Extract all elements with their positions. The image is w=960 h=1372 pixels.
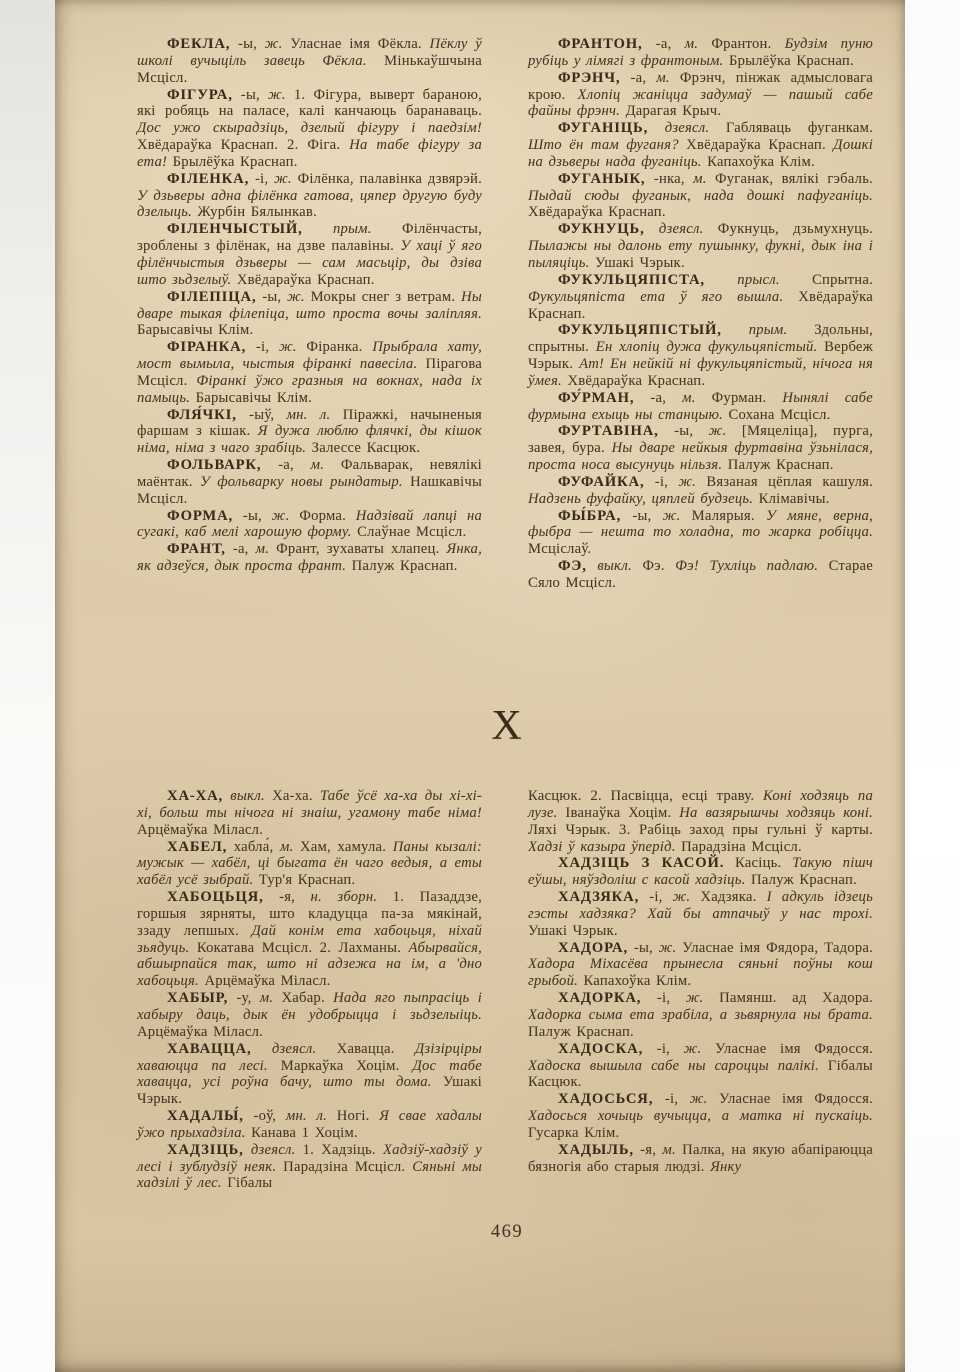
dictionary-entry: ХАБЫР, -у, м. Хабар. Нада яго пыпрасіць …: [137, 990, 482, 1041]
roman-text: Ушакі Чэрык.: [528, 923, 618, 939]
roman-text: Палуж Краснап.: [528, 1024, 634, 1040]
roman-text: Форма.: [290, 508, 356, 524]
italic-text: ж.: [268, 87, 286, 103]
headword: ФУКНУЦЬ,: [558, 221, 645, 237]
roman-text: Арцёмаўка Міласл.: [137, 1024, 263, 1040]
roman-text: Спрытна.: [780, 272, 873, 288]
headword: ХАДЗІЦЬ,: [167, 1142, 244, 1158]
headword: ХАДЫЛЬ,: [558, 1142, 634, 1158]
headword: ХАДОРКА,: [558, 990, 641, 1006]
roman-text: Барысавічы Клім.: [190, 390, 312, 406]
roman-text: -ы,: [659, 423, 709, 439]
dictionary-entry: ХА-ХА, выкл. Ха-ха. Табе ўсё ха-ха ды хі…: [137, 788, 482, 839]
headword: ФРАНТ,: [167, 541, 226, 557]
roman-text: Габляваць фуганкам.: [709, 120, 873, 136]
headword: ХАДОСКА,: [558, 1041, 643, 1057]
dictionary-entry: ФРАНТ, -а, м. Франт, зухаваты хлапец. Ян…: [137, 541, 482, 575]
italic-text: м.: [682, 390, 695, 406]
italic-text: дзеясл.: [272, 1041, 317, 1057]
roman-text: Кокатава Мсцісл. 2. Лахманы.: [189, 940, 408, 956]
headword: ФУФАЙКА,: [558, 474, 645, 490]
italic-text: мн. л.: [287, 407, 331, 423]
italic-text: ж.: [690, 1091, 708, 1107]
dictionary-entry: ФОРМА, -ы, ж. Форма. Надзівай лапці на с…: [137, 508, 482, 542]
italic-text: прым.: [749, 322, 788, 338]
dictionary-entry: ФУ́РМАН, -а, м. Фурман. Нынялі сабе фурм…: [528, 390, 873, 424]
italic-text: Хадзі ў казыра ўперід.: [528, 839, 676, 855]
dictionary-entry: ФУКУЛЬЦЯПІСТЫЙ, прым. Здольны, спрытны. …: [528, 322, 873, 389]
italic-text: Што ён там фуганя?: [528, 137, 679, 153]
entry-continuation: Касцюк. 2. Пасвіцца, есці траву. Коні хо…: [528, 788, 873, 855]
roman-text: Ляхі Чэрык. 3. Рабіць заход пры гульні ў…: [528, 822, 873, 838]
roman-text: [705, 272, 737, 288]
roman-text: Парадзіна Мсцісл.: [276, 1159, 412, 1175]
dictionary-entry: ФУРТАВІНА, -ы, ж. [Мяцеліца], пурга, зав…: [528, 423, 873, 474]
headword: ФУКУЛЬЦЯПІСТЫЙ,: [558, 322, 722, 338]
headword: ХАВАЦЦА,: [167, 1041, 252, 1057]
roman-text: Уласнае імя Фёкла.: [283, 36, 430, 52]
dictionary-entry: ХАВАЦЦА, дзеясл. Хавацца. Дзізірціры хав…: [137, 1041, 482, 1108]
roman-text: Фіранка.: [297, 339, 373, 355]
roman-text: -і,: [645, 474, 679, 490]
headword: ХАДЗЯКА,: [558, 889, 639, 905]
dictionary-entry: ФУГАНЫК, -нка, м. Фуганак, вялікі гэбаль…: [528, 171, 873, 222]
roman-text: Мокры снег з ветрам.: [305, 289, 461, 305]
roman-text: Гібалы: [222, 1175, 273, 1191]
italic-text: ж.: [684, 1041, 702, 1057]
scan-margin-left: [0, 0, 55, 1372]
roman-text: -і,: [249, 171, 274, 187]
roman-text: Фуганак, вялікі гэбаль.: [707, 171, 873, 187]
italic-text: м.: [656, 70, 669, 86]
italic-text: Янку: [710, 1159, 741, 1175]
roman-text: Уласнае імя Фядосся.: [701, 1041, 873, 1057]
roman-text: Хадзяка.: [690, 889, 766, 905]
roman-text: Журбін Бялынкав.: [192, 204, 317, 220]
italic-text: ж.: [272, 508, 290, 524]
dictionary-entry: ФЕКЛА, -ы, ж. Уласнае імя Фёкла. Пёклу ў…: [137, 36, 482, 87]
italic-text: м.: [280, 839, 293, 855]
roman-text: Арцёмаўка Міласл.: [137, 822, 263, 838]
italic-text: м.: [693, 171, 706, 187]
italic-text: ж.: [678, 474, 696, 490]
roman-text: -а,: [634, 390, 682, 406]
dictionary-column-top-left: ФЕКЛА, -ы, ж. Уласнае імя Фёкла. Пёклу ў…: [137, 36, 482, 575]
headword: ФОРМА,: [167, 508, 233, 524]
roman-text: Хавацца.: [316, 1041, 415, 1057]
dictionary-entry: ХАДОСКА, -і, ж. Уласнае імя Фядосся. Хад…: [528, 1041, 873, 1092]
dictionary-entry: ХАБЕЛ, хабла́, м. Хам, хамула. Паны кыза…: [137, 839, 482, 890]
italic-text: Ен хлопіц дужа фукульцяпістый.: [596, 339, 818, 355]
roman-text: -а,: [620, 70, 656, 86]
headword: ХАДЗІЦЬ З КАСОЙ.: [558, 855, 724, 871]
italic-text: м.: [256, 541, 269, 557]
roman-text: [303, 221, 333, 237]
headword: ФРЭНЧ,: [558, 70, 620, 86]
section-letter-heading: X: [137, 702, 877, 750]
italic-text: н. зборн.: [311, 889, 378, 905]
roman-text: Уласнае імя Фядора, Тадора.: [676, 940, 873, 956]
dictionary-entry: ХАДЫЛЬ, -я, м. Палка, на якую абапіраюцц…: [528, 1142, 873, 1176]
italic-text: дзеясл.: [251, 1142, 296, 1158]
roman-text: Ногі.: [327, 1108, 379, 1124]
page-number: 469: [137, 1222, 877, 1243]
dictionary-entry: ФУКНУЦЬ, дзеясл. Фукнуць, дзьмухнуць. Пы…: [528, 221, 873, 272]
italic-text: ж.: [287, 289, 305, 305]
dictionary-entry: ХАДЗІЦЬ, дзеясл. 1. Хадзіць. Хадзіў-хадз…: [137, 1142, 482, 1193]
italic-text: ж.: [659, 940, 677, 956]
roman-text: Барысавічы Клім.: [137, 322, 253, 338]
headword: ФЕКЛА,: [167, 36, 230, 52]
roman-text: -ы,: [621, 508, 663, 524]
italic-text: м.: [311, 457, 324, 473]
headword: ФУГАНЫК,: [558, 171, 645, 187]
roman-text: [645, 221, 659, 237]
headword: ХА-ХА,: [167, 788, 223, 804]
italic-text: Хадосься хочыць вучыцца, а матка ні пуск…: [528, 1108, 873, 1124]
italic-text: Дос ужо скырадзіць, дзелый фігуру і паед…: [137, 120, 482, 136]
dictionary-column-bottom-right: Касцюк. 2. Пасвіцца, есці траву. Коні хо…: [528, 788, 873, 1175]
roman-text: -ы,: [233, 508, 272, 524]
roman-text: Дарагая Крыч.: [620, 103, 721, 119]
dictionary-entry: ФІГУРА, -ы, ж. 1. Фігура, выверт бараною…: [137, 87, 482, 171]
dictionary-entry: ХАДОРА, -ы, ж. Уласнае імя Фядора, Тадор…: [528, 940, 873, 991]
headword: ФІЛЕПІЦА,: [167, 289, 257, 305]
italic-text: У фольварку новы рындатыр.: [200, 474, 403, 490]
italic-text: ж.: [265, 36, 283, 52]
roman-text: Гусарка Клім.: [528, 1125, 619, 1141]
roman-text: Хабар.: [273, 990, 333, 1006]
roman-text: Франт, зухаваты хлапец.: [269, 541, 446, 557]
roman-text: Клімавічы.: [753, 491, 829, 507]
italic-text: Хадоска вышыла сабе ны сароццы палікі.: [528, 1058, 819, 1074]
italic-text: ж.: [663, 508, 681, 524]
italic-text: ж.: [279, 339, 297, 355]
dictionary-entry: ФІРАНКА, -і, ж. Фіранка. Прыбрала хату, …: [137, 339, 482, 406]
italic-text: м.: [685, 36, 698, 52]
dictionary-entry: ФУГАНІЦЬ, дзеясл. Габляваць фуганкам. Шт…: [528, 120, 873, 171]
roman-text: Капахоўка Клім.: [578, 973, 691, 989]
dictionary-entry: ФУКУЛЬЦЯПІСТА, прысл. Спрытна. Фукульцяп…: [528, 272, 873, 323]
headword: ХАБЫР,: [167, 990, 228, 1006]
dictionary-entry: ФУФАЙКА, -і, ж. Вязаная цёплая кашуля. Н…: [528, 474, 873, 508]
italic-text: Фэ! Тухліць падлаю.: [675, 558, 818, 574]
roman-text: Уласнае імя Фядосся.: [707, 1091, 873, 1107]
dictionary-entry: ФОЛЬВАРК, -а, м. Фальварак, невялікі маё…: [137, 457, 482, 508]
roman-text: [722, 322, 749, 338]
scan-margin-right: [905, 0, 960, 1372]
roman-text: [648, 120, 665, 136]
headword: ФЭ,: [558, 558, 587, 574]
roman-text: Філёнка, палавінка дзвярэй.: [292, 171, 482, 187]
roman-text: Касіць.: [724, 855, 792, 871]
dictionary-entry: ФІЛЕНКА, -і, ж. Філёнка, палавінка дзвяр…: [137, 171, 482, 222]
roman-text: Капахоўка Клім.: [702, 154, 815, 170]
headword: ФУГАНІЦЬ,: [558, 120, 648, 136]
roman-text: Хвёдараўка Краснап.: [231, 272, 374, 288]
roman-text: Хвёдараўка Краснап. 2. Фіга.: [137, 137, 349, 153]
roman-text: [244, 1142, 251, 1158]
roman-text: Маркаўка Хоцім.: [268, 1058, 413, 1074]
roman-text: Малярыя.: [680, 508, 766, 524]
italic-text: м.: [260, 990, 273, 1006]
italic-text: выкл.: [230, 788, 265, 804]
dictionary-entry: ФРЭНЧ, -а, м. Фрэнч, пінжак адмысловага …: [528, 70, 873, 121]
dictionary-entry: ФРАНТОН, -а, м. Франтон. Будзім пуню руб…: [528, 36, 873, 70]
roman-text: Канава 1 Хоцім.: [246, 1125, 358, 1141]
roman-text: Памянш. ад Хадора.: [704, 990, 873, 1006]
roman-text: [587, 558, 598, 574]
roman-text: -ы,: [257, 289, 288, 305]
roman-text: -і,: [246, 339, 279, 355]
roman-text: -ы,: [233, 87, 268, 103]
italic-text: На вазярышчы ходзяць коні.: [679, 805, 873, 821]
roman-text: Палуж Краснап.: [722, 457, 833, 473]
italic-text: прысл.: [737, 272, 779, 288]
roman-text: Тур'я Краснап.: [253, 872, 355, 888]
roman-text: -і,: [641, 990, 685, 1006]
dictionary-entry: ФЛЯ́ЧКІ, -ыў, мн. л. Піражкі, начыненыя …: [137, 407, 482, 458]
dictionary-entry: ФІЛЕНЧЫСТЫЙ, прым. Філёнчасты, зроблены …: [137, 221, 482, 288]
italic-text: выкл.: [597, 558, 632, 574]
headword: ФУ́РМАН,: [558, 390, 634, 406]
roman-text: Іванаўка Хоцім.: [558, 805, 680, 821]
roman-text: -я,: [264, 889, 311, 905]
roman-text: Касцюк. 2. Пасвіцца, есці траву.: [528, 788, 763, 804]
headword: ФОЛЬВАРК,: [167, 457, 261, 473]
roman-text: Сохана Мсцісл.: [723, 407, 831, 423]
roman-text: [252, 1041, 272, 1057]
roman-text: Брылёўка Краснап.: [167, 154, 297, 170]
dictionary-entry: ФЫ́БРА, -ы, ж. Малярыя. У мяне, верна, ф…: [528, 508, 873, 559]
roman-text: Фэ.: [632, 558, 675, 574]
roman-text: хабла́,: [227, 839, 280, 855]
roman-text: Вязаная цёплая кашуля.: [696, 474, 873, 490]
roman-text: -а,: [261, 457, 310, 473]
italic-text: Фукульцяпіста ета ў яго вышла.: [528, 289, 783, 305]
headword: ФІЛЕНКА,: [167, 171, 249, 187]
roman-text: -у,: [228, 990, 260, 1006]
italic-text: ж.: [709, 423, 727, 439]
dictionary-entry: ФЭ, выкл. Фэ. Фэ! Тухліць падлаю. Старае…: [528, 558, 873, 592]
headword: ХАБОЦЬЦЯ,: [167, 889, 264, 905]
roman-text: Палуж Краснап.: [346, 558, 457, 574]
roman-text: -я,: [634, 1142, 663, 1158]
italic-text: мн. л.: [286, 1108, 327, 1124]
roman-text: Хвёдараўка Краснап.: [562, 373, 705, 389]
dictionary-entry: ХАДОРКА, -і, ж. Памянш. ад Хадора. Хадор…: [528, 990, 873, 1041]
dictionary-column-top-right: ФРАНТОН, -а, м. Франтон. Будзім пуню руб…: [528, 36, 873, 592]
italic-text: дзеясл.: [665, 120, 710, 136]
italic-text: Хадорка сыма ета зрабіла, а зьвярнула ны…: [528, 1007, 873, 1023]
italic-text: Пылажы ны далонь ету пушынку, фукні, дык…: [528, 238, 873, 271]
roman-text: Фурман.: [696, 390, 783, 406]
italic-text: ж.: [686, 990, 704, 1006]
roman-text: -нка,: [645, 171, 693, 187]
headword: ХАДАЛЫ́,: [167, 1108, 244, 1124]
headword: ФІЛЕНЧЫСТЫЙ,: [167, 221, 303, 237]
dictionary-entry: ФІЛЕПІЦА, -ы, ж. Мокры снег з ветрам. Ны…: [137, 289, 482, 340]
roman-text: Парадзіна Мсцісл.: [676, 839, 802, 855]
dictionary-entry: ХАДЗЯКА, -і, ж. Хадзяка. І адкуль ідзець…: [528, 889, 873, 940]
roman-text: -ы,: [628, 940, 659, 956]
dictionary-entry: ХАДОСЬСЯ, -і, ж. Уласнае імя Фядосся. Ха…: [528, 1091, 873, 1142]
italic-text: прым.: [333, 221, 372, 237]
headword: ФУРТАВІНА,: [558, 423, 659, 439]
italic-text: дзеясл.: [659, 221, 704, 237]
headword: ФІГУРА,: [167, 87, 233, 103]
roman-text: Слаўнае Мсцісл.: [352, 524, 467, 540]
roman-text: -і,: [653, 1091, 689, 1107]
roman-text: Ха-ха.: [265, 788, 320, 804]
headword: ХАБЕЛ,: [167, 839, 227, 855]
dictionary-entry: ХАДАЛЫ́, -оў, мн. л. Ногі. Я свае хадалы…: [137, 1108, 482, 1142]
roman-text: Мсціслаў.: [528, 541, 591, 557]
roman-text: Хвёдараўка Краснап.: [528, 204, 666, 220]
roman-text: Палуж Краснап.: [746, 872, 857, 888]
roman-text: -і,: [639, 889, 672, 905]
roman-text: Арцёмаўка Міласл.: [199, 973, 331, 989]
roman-text: Фукнуць, дзьмухнуць.: [703, 221, 873, 237]
roman-text: 1. Хадзіць.: [295, 1142, 383, 1158]
roman-text: Залессе Касцюк.: [306, 440, 420, 456]
dictionary-entry: ХАБОЦЬЦЯ, -я, н. зборн. 1. Пазаддзе, гор…: [137, 889, 482, 990]
italic-text: ж.: [274, 171, 292, 187]
headword: ФРАНТОН,: [558, 36, 643, 52]
roman-text: -і,: [643, 1041, 684, 1057]
headword: ФЫ́БРА,: [558, 508, 621, 524]
roman-text: Франтон.: [698, 36, 784, 52]
roman-text: -ыў,: [237, 407, 287, 423]
headword: ХАДОСЬСЯ,: [558, 1091, 653, 1107]
roman-text: -ы,: [230, 36, 264, 52]
italic-text: Надзень фуфайку, цяплей будзець.: [528, 491, 753, 507]
italic-text: ж.: [673, 889, 691, 905]
headword: ФІРАНКА,: [167, 339, 246, 355]
roman-text: -оў,: [244, 1108, 286, 1124]
headword: ФУКУЛЬЦЯПІСТА,: [558, 272, 705, 288]
italic-text: м.: [662, 1142, 675, 1158]
roman-text: -а,: [643, 36, 685, 52]
italic-text: Пыдай сюды фуганык, нада дошкі пафуганіц…: [528, 188, 873, 204]
roman-text: Хам, хамула.: [293, 839, 392, 855]
dictionary-entry: ХАДЗІЦЬ З КАСОЙ. Касіць. Такую пішч еўшы…: [528, 855, 873, 889]
book-page-scan: ФЕКЛА, -ы, ж. Уласнае імя Фёкла. Пёклу ў…: [55, 0, 905, 1372]
roman-text: -а,: [226, 541, 256, 557]
roman-text: Ушакі Чэрык.: [590, 255, 685, 271]
headword: ХАДОРА,: [558, 940, 628, 956]
dictionary-column-bottom-left: ХА-ХА, выкл. Ха-ха. Табе ўсё ха-ха ды хі…: [137, 788, 482, 1192]
roman-text: Брылёўка Краснап.: [723, 53, 853, 69]
roman-text: Хвёдараўка Краснап.: [679, 137, 834, 153]
headword: ФЛЯ́ЧКІ,: [167, 407, 237, 423]
